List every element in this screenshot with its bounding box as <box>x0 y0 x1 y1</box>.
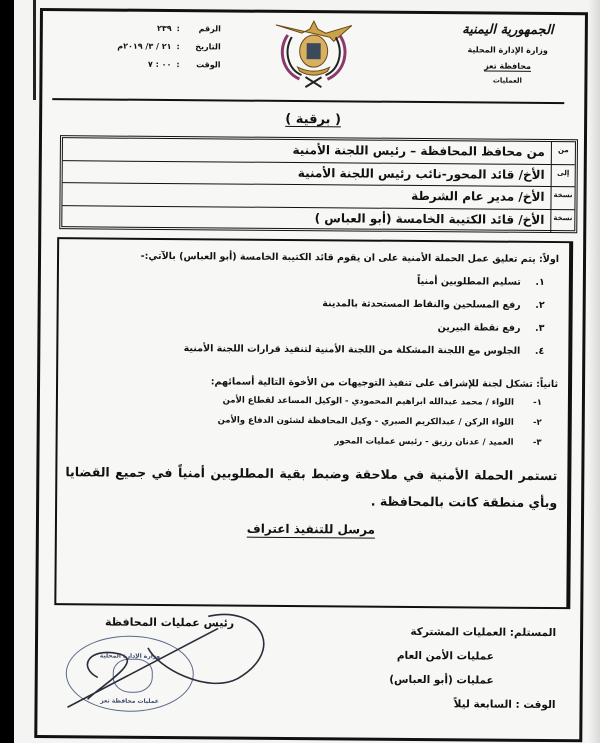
paragraph-second: ثانياً: تشكل لجنة للإشراف على تنفيذ التو… <box>66 375 558 390</box>
recipients-block: المستلم: العمليات المشتركة عمليات الأمن … <box>335 625 556 723</box>
message-body: اولاً: يتم تعليق عمل الحملة الأمنية على … <box>54 237 573 609</box>
delivery-time: الوقت : السابعة ليلاً <box>335 697 555 723</box>
signature-icon <box>57 607 298 719</box>
address-row-copy-2: نسخة الأخ/ قائد الكتيبة الخامسة (أبو الع… <box>62 206 574 233</box>
reference-block: الرقم: ٢٣٩ التاريخ: ٢١ / ٣/ ٢٠١٩م الوقت:… <box>100 23 220 78</box>
recipient-line: عمليات (أبو العباس) <box>336 673 556 699</box>
list-item: ٤. الجلوس مع اللجنة المشكلة من اللجنة ال… <box>66 342 544 369</box>
reference-time: الوقت: ٠٠ : ٧ <box>101 59 221 69</box>
page-shadow <box>588 0 600 743</box>
yemen-eagle-emblem-icon <box>271 19 356 90</box>
issuer-block: الجمهورية اليمنية وزارة الإدارة المحلية … <box>442 20 572 85</box>
address-table: من من محافظ المحافظة – رئيس اللجنة الأمن… <box>59 135 578 233</box>
ministry-name: وزارة الإدارة المحلية <box>443 45 573 55</box>
telegram-document: الجمهورية اليمنية وزارة الإدارة المحلية … <box>34 8 588 742</box>
closing-line: مرسل للتنفيذ اعتراف <box>65 520 557 538</box>
committee-members-list: ١- اللواء / محمد عبدالله ابراهيم المحمود… <box>65 394 541 458</box>
paragraph-third: تستمر الحملة الأمنية في ملاحقة وضبط بقية… <box>65 458 557 516</box>
letterhead: الجمهورية اليمنية وزارة الإدارة المحلية … <box>52 17 575 101</box>
document-title: ( برقية ) <box>42 110 584 129</box>
recipient-line: المستلم: العمليات المشتركة <box>336 625 556 651</box>
reference-date: التاريخ: ٢١ / ٣/ ٢٠١٩م <box>101 41 221 51</box>
governorate-name: محافظة تعز <box>443 61 573 71</box>
recipient-line: عمليات الأمن العام <box>336 649 556 675</box>
department-name: العمليات <box>442 76 572 85</box>
photo-edge <box>33 0 36 100</box>
paragraph-first: اولاً: يتم تعليق عمل الحملة الأمنية على … <box>67 247 559 269</box>
first-items-list: ١. تسليم المطلوبين أمنياً ٢. رفع المسلحي… <box>66 273 545 369</box>
list-item: ٣- العميد / عدنان رزيق - رئيس عمليات الم… <box>65 434 541 458</box>
republic-name: الجمهورية اليمنية <box>443 22 573 38</box>
reference-number: الرقم: ٢٣٩ <box>101 23 221 33</box>
